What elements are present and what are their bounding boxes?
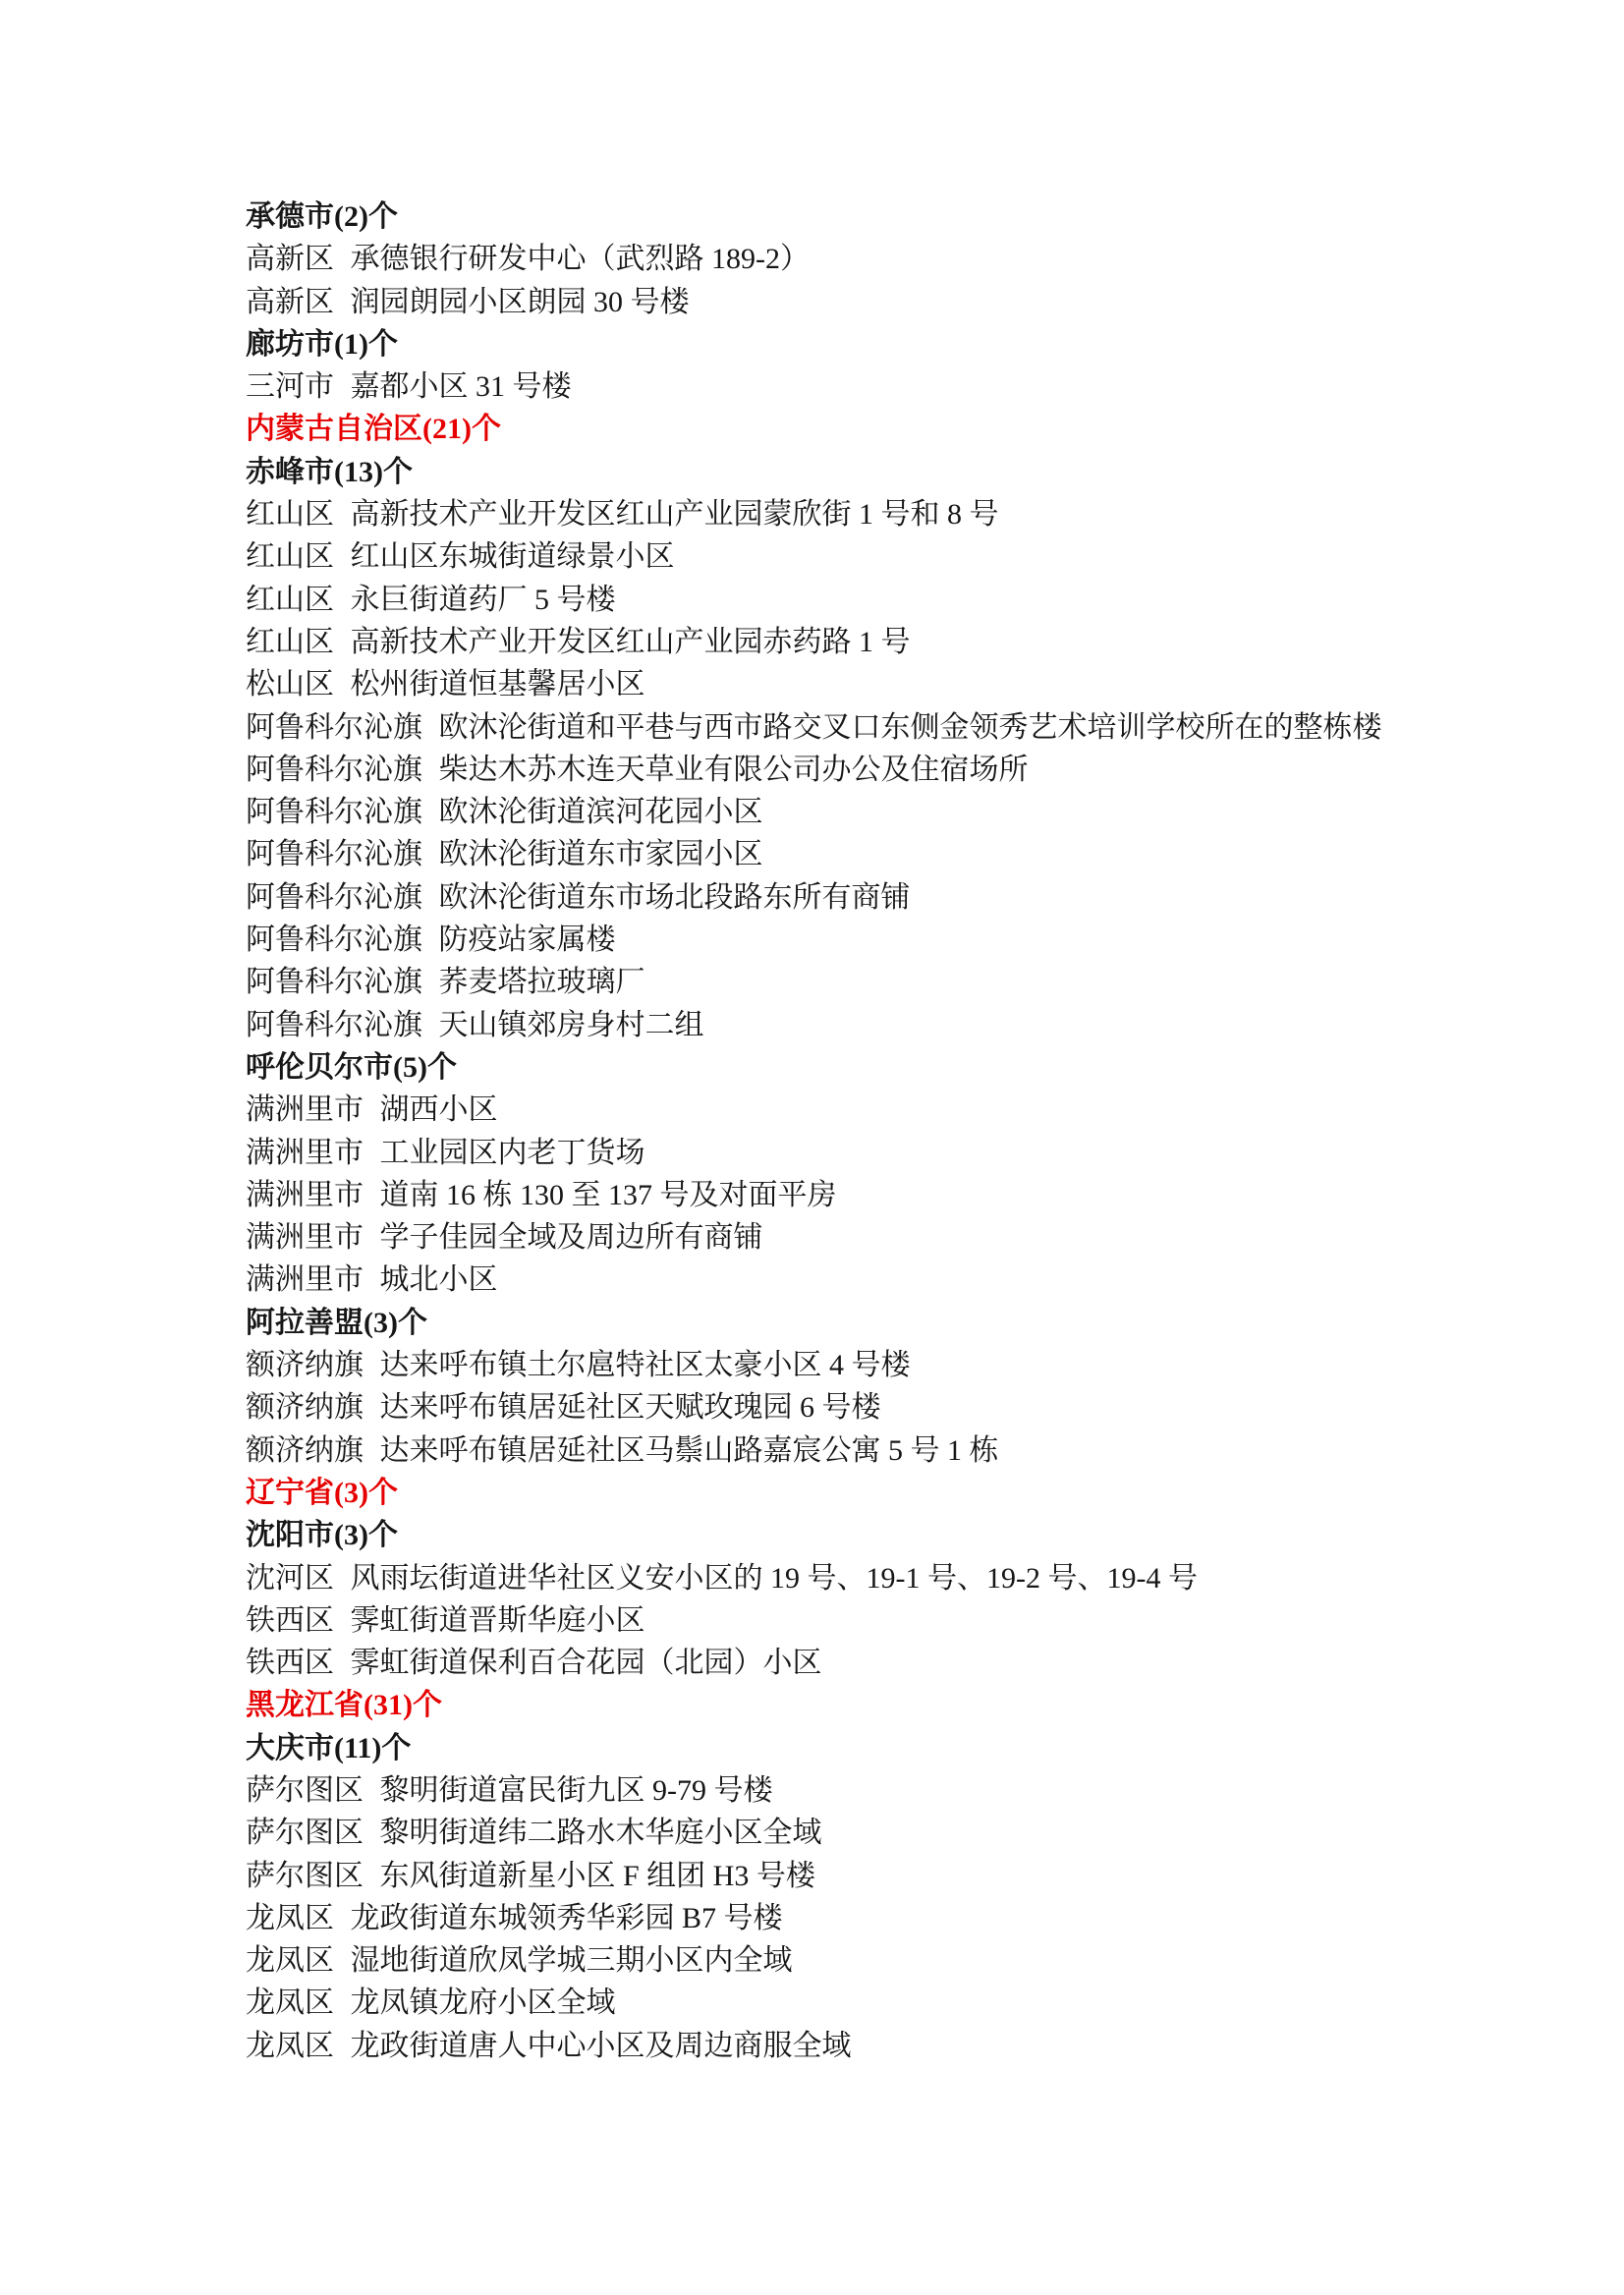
- document-page: 承德市(2)个高新区承德银行研发中心（武烈路 189-2）高新区润园朗园小区朗园…: [0, 0, 1624, 2295]
- risk-area-entry: 满洲里市湖西小区: [246, 1089, 1565, 1131]
- risk-area-entry: 萨尔图区东风街道新星小区 F 组团 H3 号楼: [246, 1855, 1565, 1897]
- district-name: 满洲里市: [246, 1221, 364, 1254]
- district-name: 萨尔图区: [246, 1817, 364, 1849]
- district-name: 阿鲁科尔沁旗: [246, 711, 422, 744]
- city-header: 承德市(2)个: [246, 196, 1565, 238]
- district-name: 满洲里市: [246, 1179, 364, 1211]
- address-text: 道南 16 栋 130 至 137 号及对面平房: [380, 1179, 837, 1211]
- risk-area-entry: 阿鲁科尔沁旗防疫站家属楼: [246, 919, 1565, 961]
- address-text: 风雨坛街道进华社区义安小区的 19 号、19-1 号、19-2 号、19-4 号: [351, 1562, 1198, 1595]
- address-text: 学子佳园全域及周边所有商铺: [380, 1221, 763, 1254]
- district-name: 满洲里市: [246, 1263, 364, 1296]
- district-name: 红山区: [246, 540, 334, 573]
- district-name: 额济纳旗: [246, 1349, 364, 1381]
- district-name: 高新区: [246, 286, 334, 318]
- district-name: 阿鲁科尔沁旗: [246, 924, 422, 956]
- district-name: 沈河区: [246, 1562, 334, 1595]
- address-text: 防疫站家属楼: [439, 924, 616, 956]
- address-text: 欧沐沦街道东市家园小区: [439, 838, 763, 870]
- district-name: 满洲里市: [246, 1137, 364, 1169]
- city-header: 赤峰市(13)个: [246, 451, 1565, 493]
- risk-area-entry: 铁西区霁虹街道保利百合花园（北园）小区: [246, 1642, 1565, 1684]
- district-name: 额济纳旗: [246, 1434, 364, 1467]
- risk-area-entry: 松山区松州街道恒基馨居小区: [246, 663, 1565, 705]
- risk-area-entry: 阿鲁科尔沁旗欧沐沦街道东市场北段路东所有商铺: [246, 876, 1565, 919]
- risk-area-entry: 高新区承德银行研发中心（武烈路 189-2）: [246, 238, 1565, 280]
- risk-area-entry: 额济纳旗达来呼布镇居延社区天赋玫瑰园 6 号楼: [246, 1386, 1565, 1428]
- risk-area-entry: 红山区高新技术产业开发区红山产业园蒙欣街 1 号和 8 号: [246, 493, 1565, 535]
- address-text: 承德银行研发中心（武烈路 189-2）: [351, 243, 811, 275]
- risk-area-entry: 萨尔图区黎明街道纬二路水木华庭小区全域: [246, 1812, 1565, 1854]
- city-header: 呼伦贝尔市(5)个: [246, 1046, 1565, 1089]
- province-header: 辽宁省(3)个: [246, 1472, 1565, 1514]
- address-text: 高新技术产业开发区红山产业园蒙欣街 1 号和 8 号: [351, 498, 999, 531]
- district-name: 阿鲁科尔沁旗: [246, 838, 422, 870]
- address-text: 霁虹街道晋斯华庭小区: [351, 1604, 645, 1637]
- risk-area-entry: 满洲里市工业园区内老丁货场: [246, 1132, 1565, 1174]
- district-name: 额济纳旗: [246, 1391, 364, 1424]
- risk-area-entry: 阿鲁科尔沁旗欧沐沦街道东市家园小区: [246, 833, 1565, 875]
- risk-area-entry: 高新区润园朗园小区朗园 30 号楼: [246, 281, 1565, 323]
- address-text: 龙政街道东城领秀华彩园 B7 号楼: [351, 1902, 783, 1934]
- risk-area-entry: 阿鲁科尔沁旗柴达木苏木连天草业有限公司办公及住宿场所: [246, 749, 1565, 791]
- district-name: 阿鲁科尔沁旗: [246, 881, 422, 914]
- district-name: 龙凤区: [246, 1987, 334, 2019]
- risk-area-entry: 阿鲁科尔沁旗荞麦塔拉玻璃厂: [246, 961, 1565, 1003]
- risk-area-entry: 龙凤区龙凤镇龙府小区全域: [246, 1982, 1565, 2024]
- address-text: 黎明街道富民街九区 9-79 号楼: [380, 1774, 773, 1807]
- risk-area-entry: 满洲里市学子佳园全域及周边所有商铺: [246, 1216, 1565, 1259]
- district-name: 铁西区: [246, 1604, 334, 1637]
- district-name: 松山区: [246, 668, 334, 700]
- district-name: 龙凤区: [246, 1944, 334, 1977]
- risk-area-entry: 满洲里市城北小区: [246, 1259, 1565, 1301]
- risk-area-entry: 额济纳旗达来呼布镇土尔扈特社区太豪小区 4 号楼: [246, 1344, 1565, 1386]
- address-text: 欧沐沦街道滨河花园小区: [439, 796, 763, 828]
- address-text: 欧沐沦街道和平巷与西市路交叉口东侧金领秀艺术培训学校所在的整栋楼: [439, 711, 1382, 744]
- risk-area-entry: 阿鲁科尔沁旗欧沐沦街道和平巷与西市路交叉口东侧金领秀艺术培训学校所在的整栋楼: [246, 706, 1565, 749]
- address-text: 柴达木苏木连天草业有限公司办公及住宿场所: [439, 754, 1029, 786]
- risk-area-entry: 红山区永巨街道药厂 5 号楼: [246, 579, 1565, 621]
- risk-area-list: 承德市(2)个高新区承德银行研发中心（武烈路 189-2）高新区润园朗园小区朗园…: [246, 196, 1565, 2067]
- district-name: 红山区: [246, 584, 334, 616]
- address-text: 达来呼布镇居延社区马鬃山路嘉宸公寓 5 号 1 栋: [380, 1434, 999, 1467]
- address-text: 工业园区内老丁货场: [380, 1137, 645, 1169]
- address-text: 高新技术产业开发区红山产业园赤药路 1 号: [351, 626, 911, 658]
- province-header: 内蒙古自治区(21)个: [246, 408, 1565, 450]
- risk-area-entry: 阿鲁科尔沁旗天山镇郊房身村二组: [246, 1004, 1565, 1046]
- address-text: 龙凤镇龙府小区全域: [351, 1987, 616, 2019]
- district-name: 阿鲁科尔沁旗: [246, 966, 422, 998]
- city-header: 阿拉善盟(3)个: [246, 1302, 1565, 1344]
- district-name: 萨尔图区: [246, 1860, 364, 1892]
- district-name: 阿鲁科尔沁旗: [246, 754, 422, 786]
- address-text: 达来呼布镇居延社区天赋玫瑰园 6 号楼: [380, 1391, 881, 1424]
- city-header: 大庆市(11)个: [246, 1727, 1565, 1769]
- address-text: 天山镇郊房身村二组: [439, 1009, 704, 1041]
- district-name: 龙凤区: [246, 2030, 334, 2062]
- risk-area-entry: 红山区高新技术产业开发区红山产业园赤药路 1 号: [246, 621, 1565, 663]
- address-text: 红山区东城街道绿景小区: [351, 540, 675, 573]
- address-text: 龙政街道唐人中心小区及周边商服全域: [351, 2030, 852, 2062]
- address-text: 永巨街道药厂 5 号楼: [351, 584, 616, 616]
- risk-area-entry: 龙凤区湿地街道欣凤学城三期小区内全域: [246, 1939, 1565, 1982]
- address-text: 嘉都小区 31 号楼: [351, 370, 572, 403]
- district-name: 三河市: [246, 370, 334, 403]
- risk-area-entry: 红山区红山区东城街道绿景小区: [246, 535, 1565, 578]
- risk-area-entry: 铁西区霁虹街道晋斯华庭小区: [246, 1599, 1565, 1642]
- city-header: 廊坊市(1)个: [246, 323, 1565, 365]
- district-name: 红山区: [246, 498, 334, 531]
- province-header: 黑龙江省(31)个: [246, 1684, 1565, 1726]
- risk-area-entry: 沈河区风雨坛街道进华社区义安小区的 19 号、19-1 号、19-2 号、19-…: [246, 1557, 1565, 1599]
- address-text: 欧沐沦街道东市场北段路东所有商铺: [439, 881, 911, 914]
- address-text: 润园朗园小区朗园 30 号楼: [351, 286, 690, 318]
- district-name: 满洲里市: [246, 1093, 364, 1126]
- risk-area-entry: 龙凤区龙政街道东城领秀华彩园 B7 号楼: [246, 1897, 1565, 1939]
- district-name: 阿鲁科尔沁旗: [246, 1009, 422, 1041]
- risk-area-entry: 三河市嘉都小区 31 号楼: [246, 365, 1565, 408]
- risk-area-entry: 额济纳旗达来呼布镇居延社区马鬃山路嘉宸公寓 5 号 1 栋: [246, 1429, 1565, 1472]
- city-header: 沈阳市(3)个: [246, 1514, 1565, 1556]
- district-name: 高新区: [246, 243, 334, 275]
- address-text: 霁虹街道保利百合花园（北园）小区: [351, 1647, 822, 1679]
- district-name: 阿鲁科尔沁旗: [246, 796, 422, 828]
- address-text: 荞麦塔拉玻璃厂: [439, 966, 645, 998]
- district-name: 龙凤区: [246, 1902, 334, 1934]
- district-name: 红山区: [246, 626, 334, 658]
- risk-area-entry: 满洲里市道南 16 栋 130 至 137 号及对面平房: [246, 1174, 1565, 1216]
- risk-area-entry: 萨尔图区黎明街道富民街九区 9-79 号楼: [246, 1769, 1565, 1812]
- address-text: 达来呼布镇土尔扈特社区太豪小区 4 号楼: [380, 1349, 911, 1381]
- address-text: 东风街道新星小区 F 组团 H3 号楼: [380, 1860, 815, 1892]
- district-name: 铁西区: [246, 1647, 334, 1679]
- district-name: 萨尔图区: [246, 1774, 364, 1807]
- address-text: 城北小区: [380, 1263, 498, 1296]
- address-text: 松州街道恒基馨居小区: [351, 668, 645, 700]
- risk-area-entry: 阿鲁科尔沁旗欧沐沦街道滨河花园小区: [246, 791, 1565, 833]
- address-text: 湖西小区: [380, 1093, 498, 1126]
- risk-area-entry: 龙凤区龙政街道唐人中心小区及周边商服全域: [246, 2025, 1565, 2067]
- address-text: 湿地街道欣凤学城三期小区内全域: [351, 1944, 793, 1977]
- address-text: 黎明街道纬二路水木华庭小区全域: [380, 1817, 822, 1849]
